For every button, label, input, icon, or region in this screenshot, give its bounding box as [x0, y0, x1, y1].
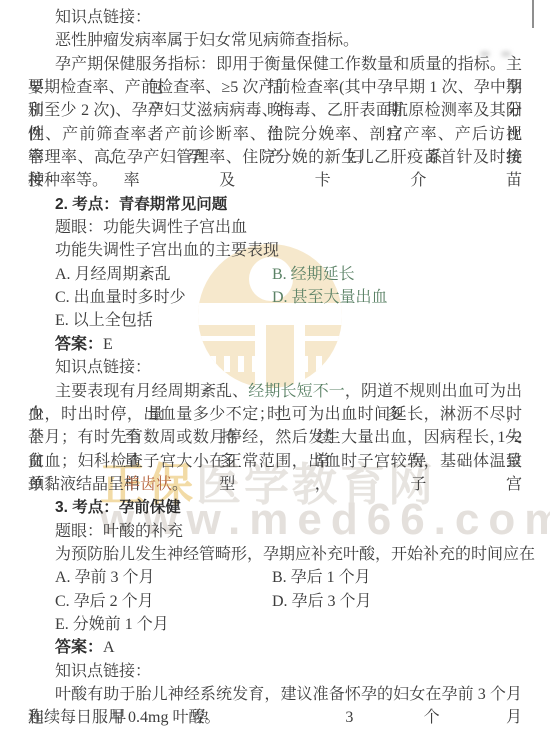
q2-answer-value: E — [103, 336, 113, 353]
q2-option-a: A. 月经周期紊乱 — [55, 263, 272, 286]
paragraph-line: 别至少 2 次)、孕产妇艾滋病病毒、梅毒、乙肝表面抗原检测率及其阳性者治疗比 — [28, 99, 522, 122]
q3-answer-value: A — [103, 639, 115, 656]
paragraph-line: 个月；有时先有数周或数月停经，然后发生大量出血，因病程长，失血量多常导致 — [28, 426, 522, 449]
intro-line: 恶性肿瘤发病率属于妇女常见病筛查指标。 — [28, 29, 522, 52]
q3-answer-line: 答案：A — [28, 636, 522, 659]
q3-tiyan: 题眼：叶酸的补充 — [28, 520, 522, 543]
answer-label: 答案： — [55, 639, 103, 656]
paragraph-line: 叶酸有助于胎儿神经系统发育，建议准备怀孕的妇女在孕前 3 个月和早孕 3 个月 — [28, 683, 522, 706]
q3-option-e: E. 分娩前 1 个月 — [28, 613, 522, 636]
q2-option-c: C. 出血量时多时少 — [55, 286, 272, 309]
paragraph-line: 主要表现有月经周期紊乱、经期长短不一，阴道不规则出血可为出血量时多时 — [28, 380, 522, 403]
q3-question: 为预防胎儿发生神经管畸形，孕期应补充叶酸，开始补充的时间应在 — [28, 543, 522, 566]
section3-header: 3. 考点：孕前保健 — [28, 496, 522, 519]
section2-header: 2. 考点：青春期常见问题 — [28, 193, 522, 216]
paragraph-line: 少，时出时停，出血量多少不定；也可为出血时间延长，淋沥不尽，甚至持续 1~2 — [28, 403, 522, 426]
q2-option-e: E. 以上全包括 — [28, 309, 522, 332]
paragraph-line: 管理率、高危孕产妇管理率、住院分娩的新生儿乙肝疫苗首针及时接种率及卡介苗 — [28, 146, 522, 169]
paragraph-line: 早期检查率、产前检查率、≥5 次产前检查率(其中孕早期 1 次、孕中期和孕晚期分 — [28, 76, 522, 99]
q3-options-row: A. 孕前 3 个月 B. 孕后 1 个月 — [28, 566, 522, 589]
highlighted-term: 经期长短不一 — [248, 383, 345, 400]
q3-options-row: C. 孕后 2 个月 D. 孕后 3 个月 — [28, 590, 522, 613]
knowledge-link-label: 知识点链接： — [28, 356, 522, 379]
q3-option-c: C. 孕后 2 个月 — [55, 590, 272, 613]
paragraph-line: 例、产前筛查率、产前诊断率、住院分娩率、剖宫产率、产后访视率、孕产妇系统 — [28, 123, 522, 146]
q2-question: 功能失调性子宫出血的主要表现 — [28, 239, 522, 262]
q2-tiyan: 题眼：功能失调性子宫出血 — [28, 216, 522, 239]
q2-option-d: D. 甚至大量出血 — [272, 286, 388, 309]
answer-label: 答案： — [55, 336, 103, 353]
paragraph-line: 贫血；妇科检查子宫大小在正常范围，出血时子宫较软，基础体温呈单相型，子宫 — [28, 450, 522, 473]
document-page: 正保医学教育网 www.med66.com 知识点链接： 恶性肿瘤发病率属于妇女… — [0, 0, 550, 737]
document-content: 知识点链接： 恶性肿瘤发病率属于妇女常见病筛查指标。 孕产期保健服务指标：即用于… — [0, 0, 550, 737]
knowledge-link-label: 知识点链接： — [28, 660, 522, 683]
q3-option-d: D. 孕后 3 个月 — [272, 590, 372, 613]
q2-answer-line: 答案：E — [28, 333, 522, 356]
knowledge-link-label: 知识点链接： — [28, 6, 522, 29]
q3-option-b: B. 孕后 1 个月 — [272, 566, 371, 589]
q2-options-row: C. 出血量时多时少 D. 甚至大量出血 — [28, 286, 522, 309]
q2-option-b: B. 经期延长 — [272, 263, 355, 286]
q2-options-row: A. 月经周期紊乱 B. 经期延长 — [28, 263, 522, 286]
q3-option-a: A. 孕前 3 个月 — [55, 566, 272, 589]
paragraph-line: 孕产期保健服务指标：即用于衡量保健工作数量和质量的指标。主要包括：孕 — [28, 53, 522, 76]
highlighted-term: 羊齿状 — [124, 476, 172, 493]
